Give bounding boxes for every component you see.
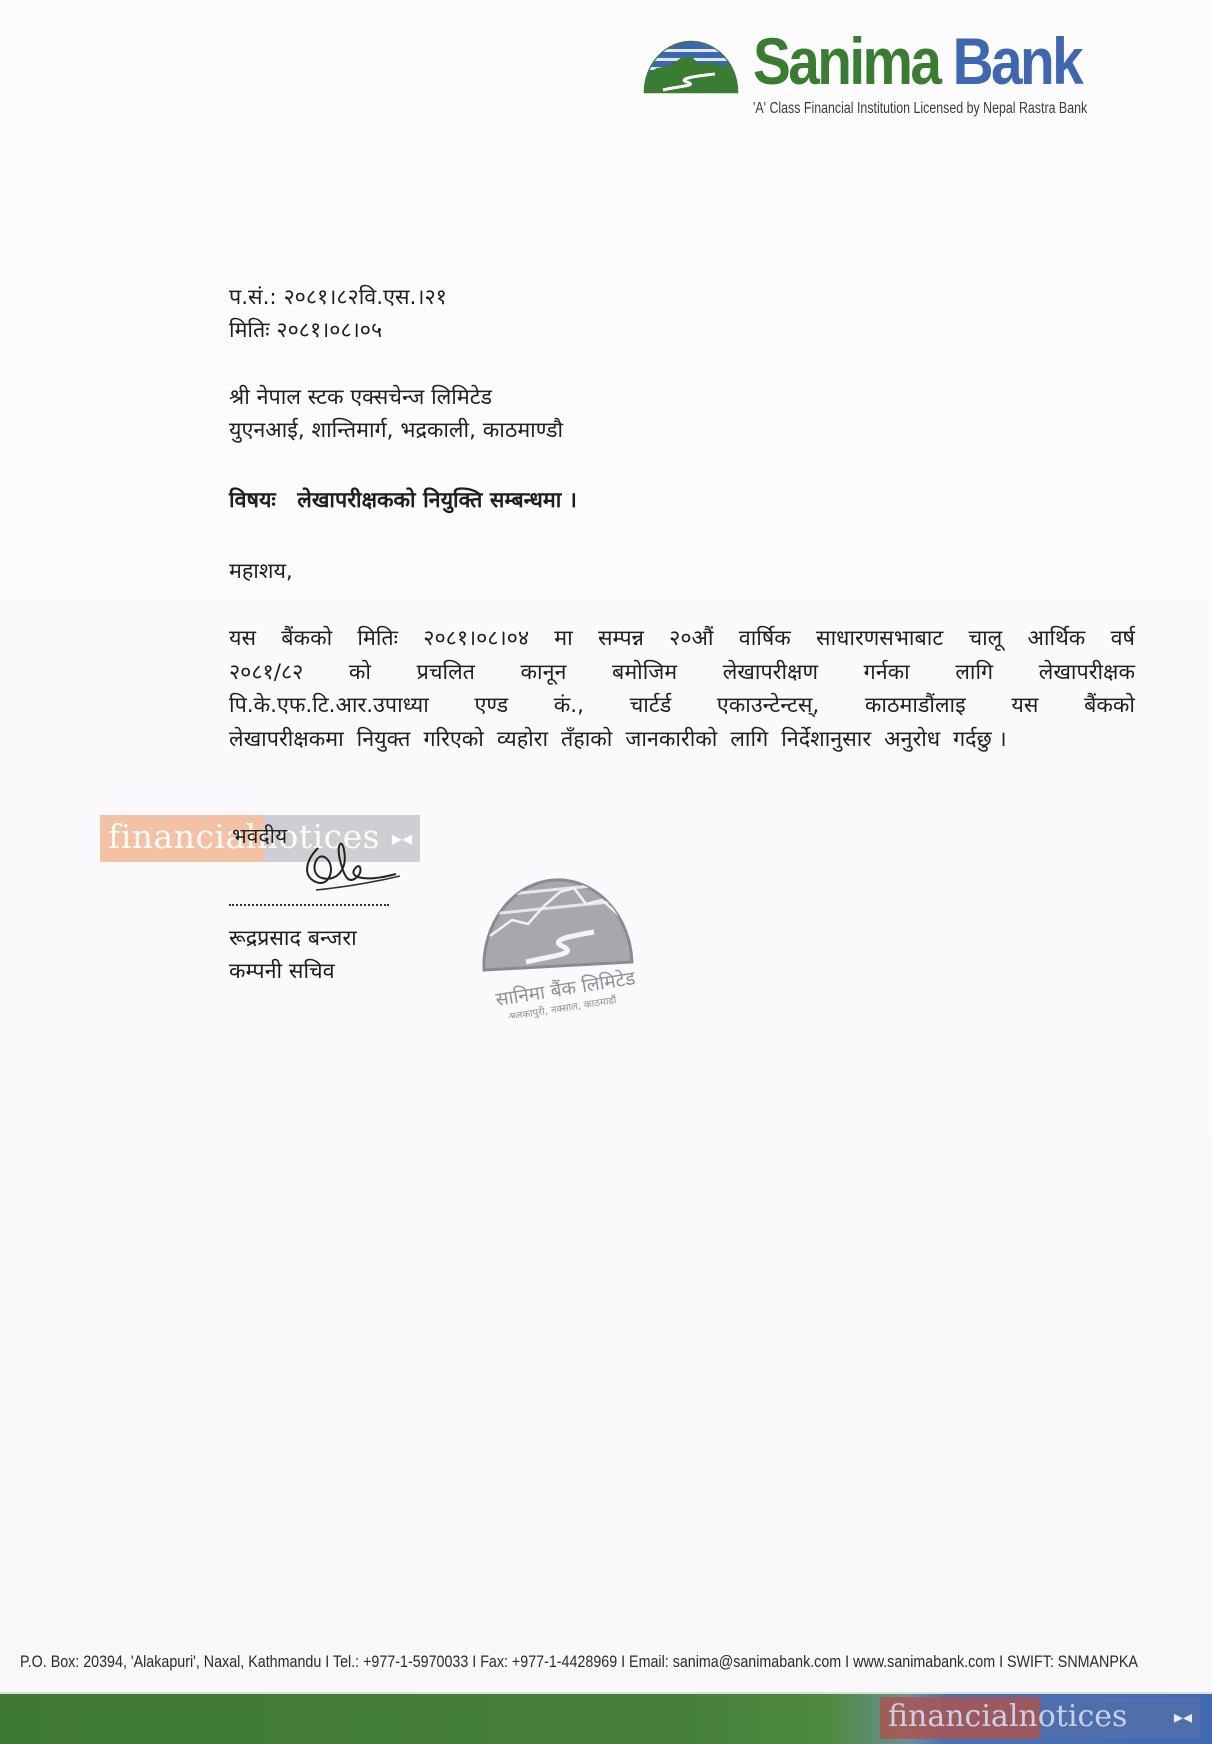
- body-word: बैंकको: [281, 622, 332, 656]
- reference-number: प.सं.: २०८१।८२वि.एस.।२१: [229, 281, 447, 314]
- body-word: पि.के.एफ.टि.आर.उपाध्या: [229, 689, 429, 723]
- body-word: नियुक्त: [357, 723, 411, 757]
- body-word: लेखापरीक्षकमा: [229, 723, 344, 757]
- body-word: व्यहोरा: [497, 723, 548, 757]
- closing: भवदीय: [232, 822, 287, 850]
- brand-name: Sanima Bank: [753, 28, 1081, 94]
- watermark-footer-text: financialnotices: [888, 1699, 1127, 1734]
- footer-contact: P.O. Box: 20394, 'Alakapuri', Naxal, Kat…: [20, 1652, 1138, 1672]
- body-word: साधारणसभाबाट: [816, 622, 943, 656]
- body-word: मितिः: [357, 622, 398, 656]
- body-word: एण्ड: [474, 689, 508, 723]
- body-word: यस: [229, 622, 256, 656]
- body-word: चालू: [968, 622, 1002, 656]
- body-paragraph: यसबैंककोमितिः२०८१।०८।०४मासम्पन्न२०औंवार्…: [229, 622, 1135, 756]
- reference-block: प.सं.: २०८१।८२वि.एस.।२१ मितिः २०८१।०८।०५: [229, 281, 447, 347]
- mountain-river-logo-icon: [643, 36, 739, 94]
- store-icons-footer: ▸◂: [1174, 1707, 1192, 1728]
- body-word: काठमाडौंलाइ: [865, 689, 966, 723]
- letter-date: मितिः २०८१।०८।०५: [229, 314, 447, 347]
- body-word: गर्दछु ।: [953, 723, 1007, 757]
- signatory-title: कम्पनी सचिव: [229, 955, 357, 988]
- body-word: चार्टर्ड: [630, 689, 672, 723]
- body-word: अनुरोध: [884, 723, 940, 757]
- body-word: लागि: [955, 656, 993, 690]
- body-word: २०८१।०८।०४: [423, 622, 529, 656]
- body-word: कानून: [521, 656, 567, 690]
- body-line: २०८१/८२कोप्रचलितकानूनबमोजिमलेखापरीक्षणगर…: [229, 656, 1135, 690]
- recipient-location: युएनआई, शान्तिमार्ग, भद्रकाली, काठमाण्डौ: [229, 414, 563, 447]
- signature-line: [229, 900, 389, 906]
- body-word: को: [349, 656, 371, 690]
- body-word: लेखापरीक्षक: [1039, 656, 1135, 690]
- body-line: पि.के.एफ.टि.आर.उपाध्याएण्डकं.,चार्टर्डएक…: [229, 689, 1135, 723]
- signature-scribble-icon: [296, 830, 406, 900]
- body-word: जानकारीको: [625, 723, 717, 757]
- watermark-footer: financialnotices ▸◂: [880, 1697, 1200, 1739]
- body-word: तँहाको: [561, 723, 612, 757]
- body-word: २०औं: [669, 622, 713, 656]
- body-word: लेखापरीक्षण: [723, 656, 818, 690]
- body-word: मा: [554, 622, 572, 656]
- body-word: निर्देशानुसार: [781, 723, 871, 757]
- signatory: रूद्रप्रसाद बन्जरा कम्पनी सचिव: [229, 922, 357, 988]
- recipient-address: श्री नेपाल स्टक एक्सचेन्ज लिमिटेड युएनआई…: [229, 381, 563, 447]
- body-word: २०८१/८२: [229, 656, 303, 690]
- body-word: प्रचलित: [417, 656, 475, 690]
- body-line: यसबैंककोमितिः२०८१।०८।०४मासम्पन्न२०औंवार्…: [229, 622, 1135, 656]
- salutation: महाशय,: [229, 555, 293, 588]
- body-word: सम्पन्न: [598, 622, 644, 656]
- letterhead-logo: Sanima Bank 'A' Class Financial Institut…: [643, 30, 1123, 125]
- body-word: एकाउन्टेन्टस्,: [717, 689, 819, 723]
- body-word: वर्ष: [1111, 622, 1135, 656]
- company-stamp-icon: सानिमा बैंक लिमिटेड अलकापुरी, नक्साल, का…: [470, 858, 650, 1018]
- body-word: आर्थिक: [1028, 622, 1086, 656]
- subject-line: विषयः लेखापरीक्षकको नियुक्ति सम्बन्धमा ।: [229, 484, 577, 517]
- letter-page: Sanima Bank 'A' Class Financial Institut…: [0, 0, 1212, 1744]
- body-word: गर्नका: [864, 656, 910, 690]
- body-word: बैंकको: [1084, 689, 1135, 723]
- body-line: लेखापरीक्षकमानियुक्तगरिएकोव्यहोरातँहाकोज…: [229, 723, 1135, 757]
- body-word: यस: [1011, 689, 1038, 723]
- body-word: बमोजिम: [612, 656, 677, 690]
- body-word: वार्षिक: [739, 622, 791, 656]
- body-word: गरिएको: [423, 723, 483, 757]
- signatory-name: रूद्रप्रसाद बन्जरा: [229, 922, 357, 955]
- subject-text: लेखापरीक्षकको नियुक्ति सम्बन्धमा ।: [297, 488, 577, 513]
- subject-label: विषयः: [229, 488, 276, 513]
- recipient-name: श्री नेपाल स्टक एक्सचेन्ज लिमिटेड: [229, 381, 563, 414]
- brand-tagline: 'A' Class Financial Institution Licensed…: [753, 100, 1087, 118]
- body-word: कं.,: [554, 689, 584, 723]
- body-word: लागि: [730, 723, 768, 757]
